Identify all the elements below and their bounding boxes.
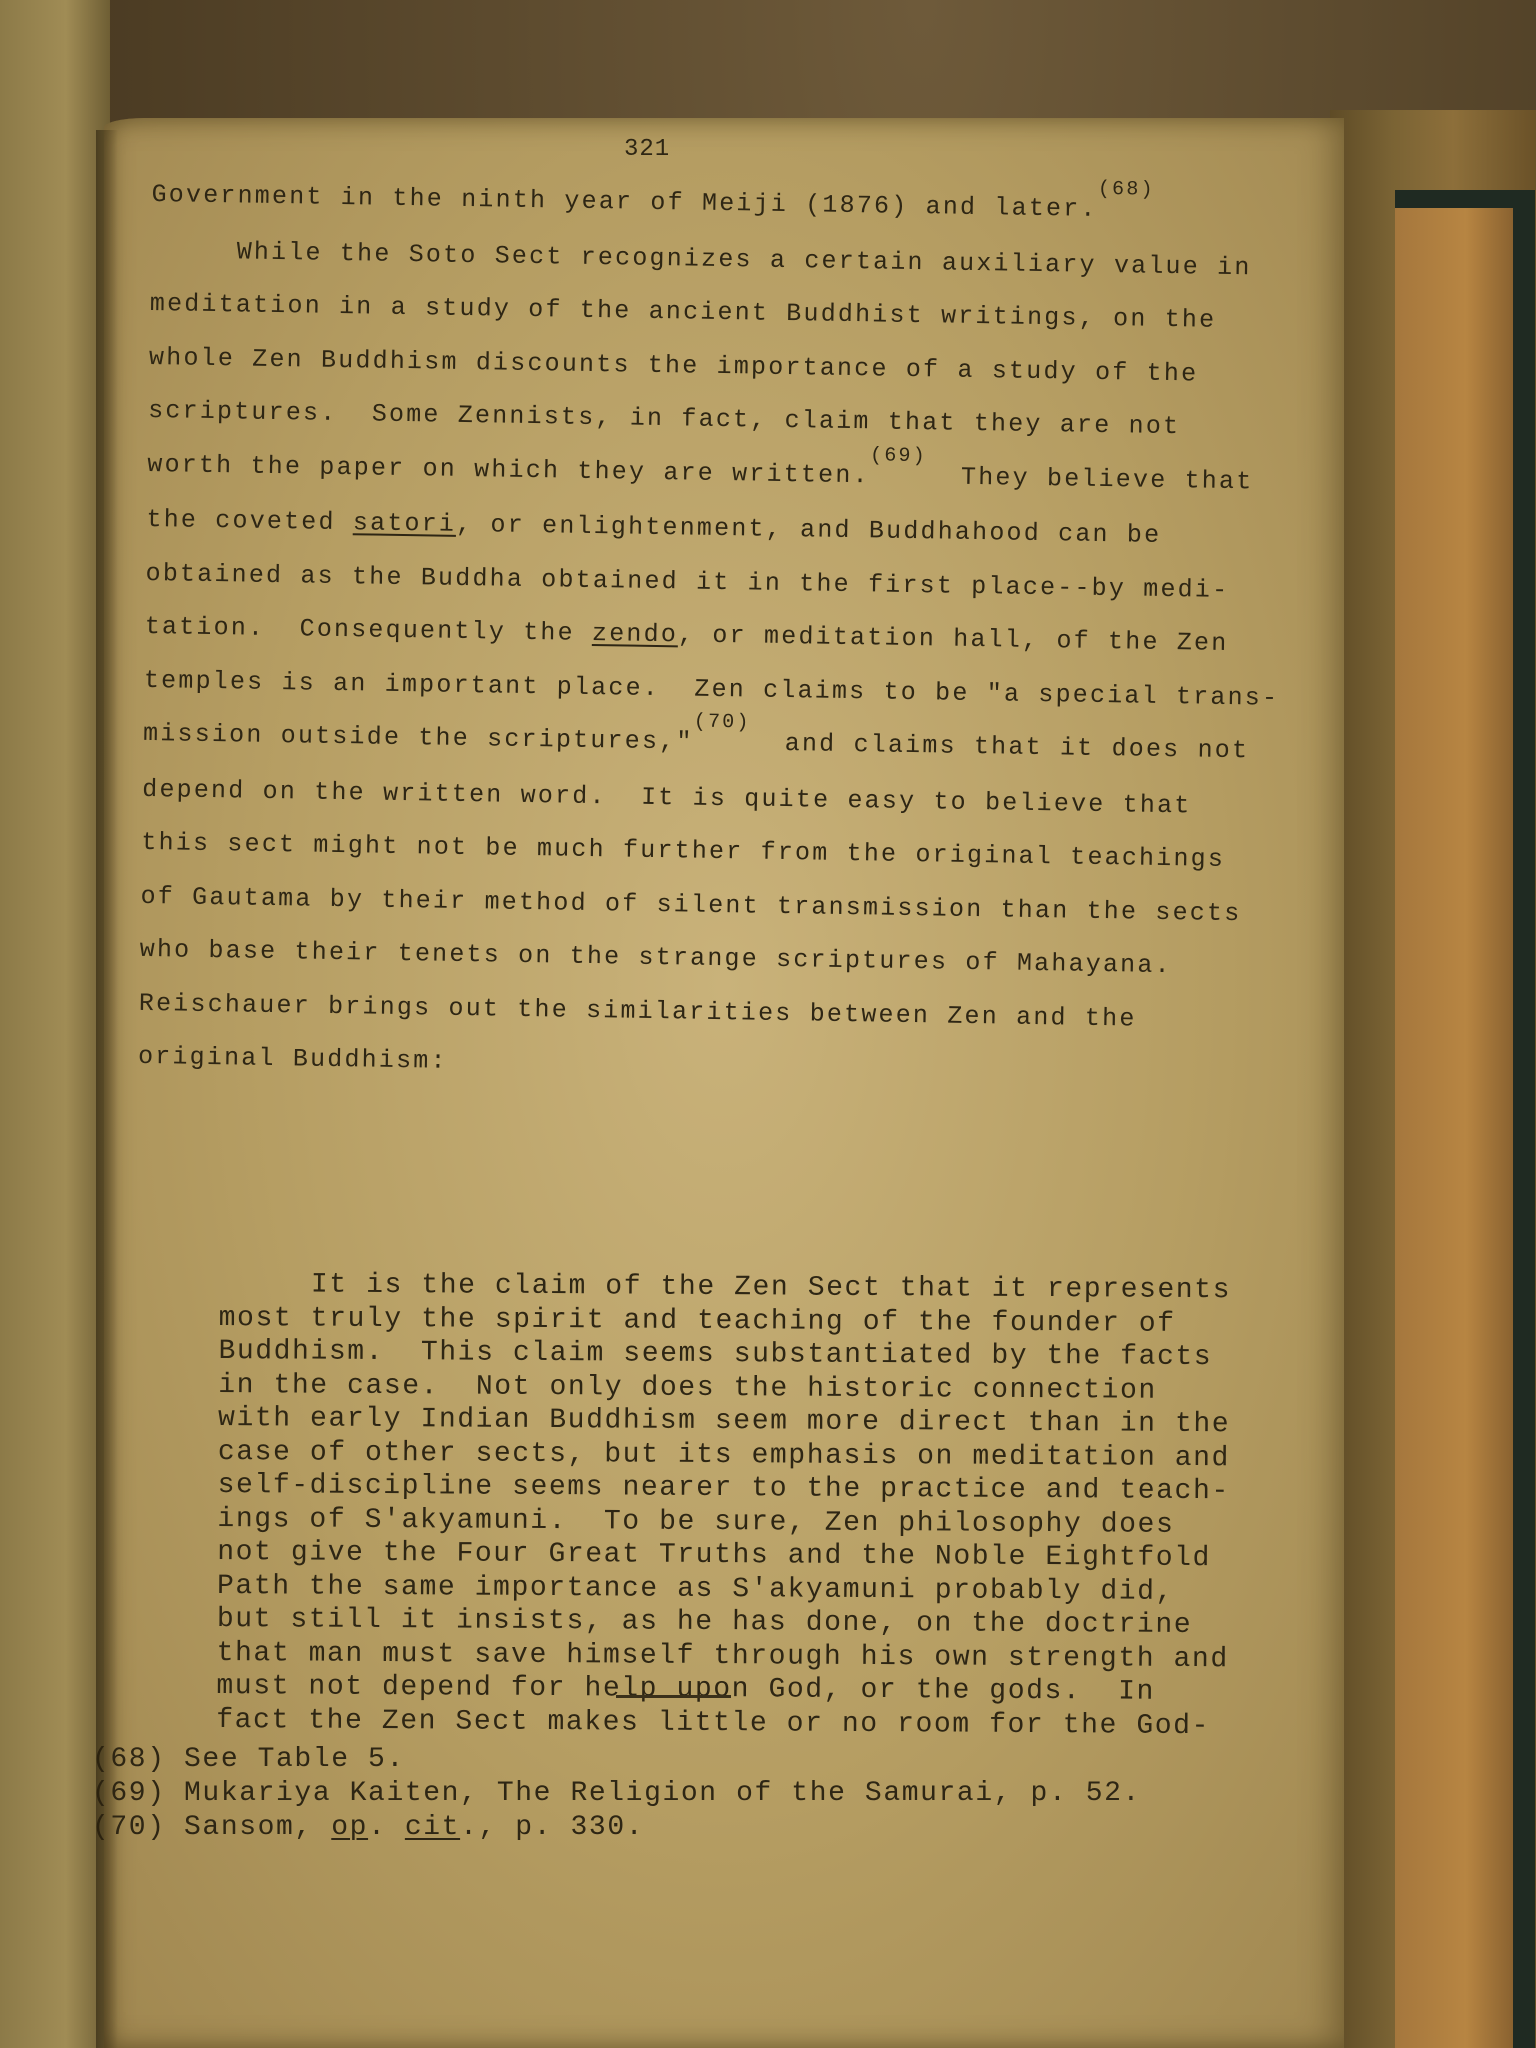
underlined-term: zendo <box>592 619 678 649</box>
text-segment: , or enlightenment, and Buddhahood can b… <box>456 510 1162 550</box>
text-segment: self-discipline seems nearer to the prac… <box>218 1470 1230 1507</box>
footnote-reference: (69) <box>870 444 927 468</box>
text-segment: mission outside the scriptures," <box>143 719 694 757</box>
block-quote: It is the claim of the Zen Sect that it … <box>216 1268 1359 1744</box>
text-segment: (70) Sansom, <box>92 1812 331 1843</box>
text-segment: must not depend for help upon God, or th… <box>216 1671 1155 1708</box>
text-segment: this sect might not be much further from… <box>141 828 1225 874</box>
book-cover-edge <box>1395 190 1535 2048</box>
footnote: (69) Mukariya Kaiten, The Religion of th… <box>92 1777 1312 1811</box>
text-segment: , or meditation hall, of the Zen <box>678 620 1229 658</box>
page-number: 321 <box>624 136 670 163</box>
body-text: Government in the ninth year of Meiji (1… <box>138 168 1332 1102</box>
text-segment: and claims that it does not <box>750 728 1249 765</box>
text-segment: not give the Four Great Truths and the N… <box>217 1537 1211 1574</box>
text-segment: original Buddhism: <box>138 1042 448 1076</box>
text-segment: tation. Consequently the <box>145 612 593 648</box>
text-segment: of Gautama by their method of silent tra… <box>140 881 1241 927</box>
text-segment: who base their tenets on the strange scr… <box>139 935 1171 980</box>
text-segment: but still it insists, as he has done, on… <box>217 1604 1193 1641</box>
underlined-term: cit <box>405 1812 460 1843</box>
facing-left-page <box>0 0 110 2048</box>
text-segment: Path the same importance as S'akyamuni p… <box>217 1570 1174 1607</box>
footnote: (70) Sansom, op. cit., p. 330. <box>92 1811 1312 1845</box>
text-segment: They believe that <box>926 462 1253 496</box>
text-segment: that man must save himself through his o… <box>217 1637 1229 1674</box>
text-segment: ings of S'akyamuni. To be sure, Zen phil… <box>217 1503 1174 1540</box>
text-segment: fact the Zen Sect makes little or no roo… <box>216 1704 1210 1741</box>
text-segment: meditation in a study of the ancient Bud… <box>150 289 1217 335</box>
gutter-shadow <box>96 130 118 2048</box>
text-segment: with early Indian Buddhism seem more dir… <box>218 1403 1230 1440</box>
text-segment: ., p. 330. <box>460 1812 644 1843</box>
footnote-reference: (68) <box>1098 178 1155 202</box>
footnotes: (68) See Table 5.(69) Mukariya Kaiten, T… <box>92 1743 1312 1845</box>
quote-line: fact the Zen Sect makes little or no roo… <box>216 1703 1356 1743</box>
footnote-divider <box>616 1695 731 1698</box>
underlined-term: op <box>331 1812 368 1843</box>
text-segment: temples is an important place. Zen claim… <box>144 665 1280 712</box>
text-segment: Government in the ninth year of Meiji (1… <box>151 180 1097 224</box>
text-segment: case of other sects, but its emphasis on… <box>218 1436 1230 1473</box>
text-segment: . <box>368 1812 405 1843</box>
text-segment: While the Soto Sect recognizes a certain… <box>150 235 1251 281</box>
book-page: 321 Government in the ninth year of Meij… <box>104 118 1344 2048</box>
text-segment: the coveted <box>146 505 353 537</box>
footnote-reference: (70) <box>694 711 751 735</box>
text-segment: Buddhism. This claim seems substantiated… <box>218 1336 1212 1373</box>
text-segment: in the case. Not only does the historic … <box>218 1369 1157 1406</box>
text-segment: whole Zen Buddhism discounts the importa… <box>149 342 1199 387</box>
text-segment: worth the paper on which they are writte… <box>147 449 870 489</box>
text-segment: depend on the written word. It is quite … <box>142 774 1192 819</box>
text-segment: (69) Mukariya Kaiten, The Religion of th… <box>92 1778 1141 1809</box>
text-segment: (68) See Table 5. <box>92 1744 405 1775</box>
text-segment: most truly the spirit and teaching of th… <box>219 1302 1176 1339</box>
text-segment: Reischauer brings out the similarities b… <box>139 988 1137 1033</box>
page-content: 321 Government in the ninth year of Meij… <box>104 118 1344 2048</box>
text-segment: obtained as the Buddha obtained it in th… <box>145 558 1229 604</box>
text-segment: scriptures. Some Zennists, in fact, clai… <box>148 396 1180 441</box>
footnote: (68) See Table 5. <box>92 1743 1312 1777</box>
underlined-term: satori <box>353 508 457 539</box>
text-segment: It is the claim of the Zen Sect that it … <box>219 1269 1231 1306</box>
